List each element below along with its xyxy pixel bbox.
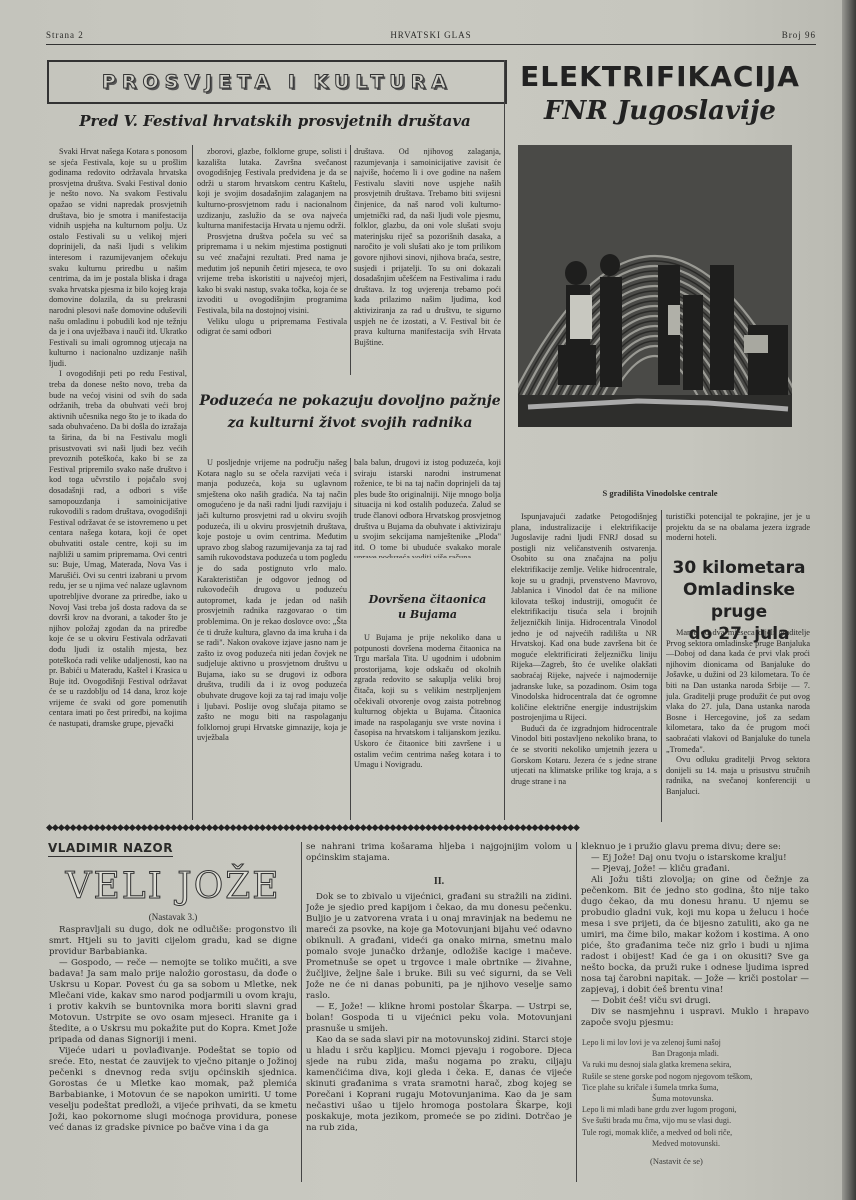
festival-column-3: društava. Od njihovog zalaganja, razumje… <box>354 147 501 375</box>
paragraph: — Dobit ćeš! viču svi drugi. <box>581 996 809 1007</box>
paragraph: Budući da će izgradnjom hidrocentrale Vi… <box>511 724 657 788</box>
paragraph: Ali Jožu tišti zlovolja; on gine od čežn… <box>581 875 809 996</box>
serial-column-3: kleknuo je i pružio glavu prema divu; de… <box>581 842 809 1032</box>
headline-line: za kulturni život svojih radnika <box>196 412 504 434</box>
enterprises-headline: Poduzeća ne pokazuju dovoljno pažnje za … <box>196 390 504 434</box>
verse-line: Tule rogi, momak kliče, a medved od boli… <box>582 1127 812 1138</box>
paragraph: — Gospodo, — reče — nemojte se toliko mu… <box>49 958 297 1046</box>
tunnel-workers-image <box>518 145 792 427</box>
serial-author: VLADIMIR NAZOR <box>48 841 173 857</box>
section-banner: PROSVJETA I KULTURA <box>47 60 507 104</box>
verse-line: Lepo li mi lov lovi je va zelenoj šumi n… <box>582 1037 812 1048</box>
column-rule <box>504 60 505 820</box>
electrification-column-1: Ispunjavajući zadatke Petogodišnjeg plan… <box>511 512 657 822</box>
verse-line: Tice plahe su kričale i šumela tmrka šum… <box>582 1082 812 1093</box>
ornamental-divider: ◆◆◆◆◆◆◆◆◆◆◆◆◆◆◆◆◆◆◆◆◆◆◆◆◆◆◆◆◆◆◆◆◆◆◆◆◆◆◆◆… <box>46 823 816 831</box>
electrification-subheadline: FNR Jugoslavije <box>505 96 815 126</box>
newspaper-page: Strana 2 HRVATSKI GLAS Broj 96 PROSVJETA… <box>0 0 856 1200</box>
song-verse: Lepo li mi lov lovi je va zelenoj šumi n… <box>582 1037 812 1149</box>
paragraph: Prosvjetna društva počela su već sa prip… <box>197 232 347 317</box>
railway-column: Manje od dva mjeseca dijeli graditelje P… <box>666 628 810 822</box>
header-rule <box>46 44 816 45</box>
paragraph: kleknuo je i pružio glavu prema divu; de… <box>581 842 809 853</box>
paragraph: Svaki Hrvat našega Kotara s ponosom se s… <box>49 147 187 369</box>
paragraph: U Bujama je prije nekoliko dana u potpun… <box>354 633 501 771</box>
serial-column-1: Raspravljali su dugo, dok ne odlučiše: p… <box>49 925 297 1185</box>
column-rule <box>350 145 351 375</box>
photo-caption: S gradilišta Vinodolske centrale <box>505 488 815 498</box>
headline-line: u Bujama <box>354 607 501 622</box>
reading-room-headline: Dovršena čitaonica u Bujama <box>354 592 501 622</box>
verse-line: Sve šušti brada mu črna, vijo mu se vlas… <box>582 1115 812 1126</box>
verse-line: Va ruki mu desnoj siala glatka kremena s… <box>582 1059 812 1070</box>
paragraph: se nahrani trima košarama hljeba i najgo… <box>306 842 572 864</box>
verse-line: Rušile se stene gorske pod nogom njegovo… <box>582 1071 812 1082</box>
electrification-column-2: turistički potencijal te pokrajine, jer … <box>666 512 810 552</box>
to-be-continued: (Nastavit će se) <box>650 1156 703 1166</box>
headline-line: 30 kilometara <box>666 557 812 579</box>
construction-photo <box>518 145 792 427</box>
serial-column-2-intro: se nahrani trima košarama hljeba i najgo… <box>306 842 572 866</box>
paragraph: Ispunjavajući zadatke Petogodišnjeg plan… <box>511 512 657 724</box>
enterprises-column-1: U posljednje vrijeme na području našeg K… <box>197 458 347 820</box>
column-rule <box>661 510 662 822</box>
festival-column-1: Svaki Hrvat našega Kotara s ponosom se s… <box>49 147 187 822</box>
paragraph: Div se nasmjehnu i uspravi. Muklo i hrap… <box>581 1007 809 1029</box>
paragraph: bala balun, drugovi iz istog poduzeća, k… <box>354 458 501 558</box>
column-rule <box>576 842 577 1182</box>
paragraph: društava. Od njihovog zalaganja, razumje… <box>354 147 501 348</box>
paragraph: Ovu odluku graditelji Prvog sektora doni… <box>666 755 810 797</box>
column-rule <box>192 145 193 820</box>
paragraph: Manje od dva mjeseca dijeli graditelje P… <box>666 628 810 755</box>
festival-headline: Pred V. Festival hrvatskih prosvjetnih d… <box>47 112 503 130</box>
paragraph: Raspravljali su dugo, dok ne odlučiše: p… <box>49 925 297 958</box>
column-rule <box>301 842 302 1182</box>
headline-line: Dovršena čitaonica <box>354 592 501 607</box>
paragraph: — Ej Jože! Daj onu tvoju o istarskome kr… <box>581 853 809 864</box>
serial-column-2: Dok se to zbivalo u vijećnici, građani s… <box>306 892 572 1182</box>
paragraph: — E, Jože! — klikne hromi postolar Škarp… <box>306 1002 572 1035</box>
paragraph: zborovi, glazbe, folklorne grupe, solist… <box>197 147 347 232</box>
paragraph: Kao da se sada slavi pir na motovunskoj … <box>306 1035 572 1134</box>
electrification-headline: ELEKTRIFIKACIJA <box>505 60 815 93</box>
page-folio: Strana 2 HRVATSKI GLAS Broj 96 <box>46 30 816 44</box>
issue-number: Broj 96 <box>782 30 816 40</box>
reading-room-column: U Bujama je prije nekoliko dana u potpun… <box>354 633 501 821</box>
verse-line: Šuma motovunska. <box>582 1093 812 1104</box>
enterprises-column-2: bala balun, drugovi iz istog poduzeća, k… <box>354 458 501 558</box>
section-banner-text: PROSVJETA I KULTURA <box>102 71 452 93</box>
verse-line: Lepo li mi mladi bane grdu zver lugom pr… <box>582 1104 812 1115</box>
paragraph: Dok se to zbivalo u vijećnici, građani s… <box>306 892 572 1002</box>
headline-line: Poduzeća ne pokazuju dovoljno pažnje <box>196 390 504 412</box>
paragraph: Veliku ulogu u pripremama Festivala odig… <box>197 317 347 338</box>
paragraph: I ovogodišnji peti po redu Festival, tre… <box>49 369 187 729</box>
festival-column-2: zborovi, glazbe, folklorne grupe, solist… <box>197 147 347 375</box>
newspaper-name: HRVATSKI GLAS <box>46 30 816 40</box>
paragraph: turistički potencijal te pokrajine, jer … <box>666 512 810 544</box>
page-edge-shadow <box>842 0 856 1200</box>
verse-line: Ban Dragonja mladi. <box>582 1048 812 1059</box>
installment-label: (Nastavak 3.) <box>48 912 298 922</box>
serial-title: VELI JOŽE <box>48 866 298 907</box>
paragraph: U posljednje vrijeme na području našeg K… <box>197 458 347 744</box>
verse-line: Medved motovunski. <box>582 1138 812 1149</box>
column-rule <box>350 458 351 820</box>
chapter-number: II. <box>306 876 572 887</box>
headline-line: Omladinske pruge <box>666 579 812 623</box>
paragraph: — Pjevaj, Jože! — kliču građani. <box>581 864 809 875</box>
paragraph: Vijeće udari u povlađivanje. Podeštat se… <box>49 1046 297 1134</box>
